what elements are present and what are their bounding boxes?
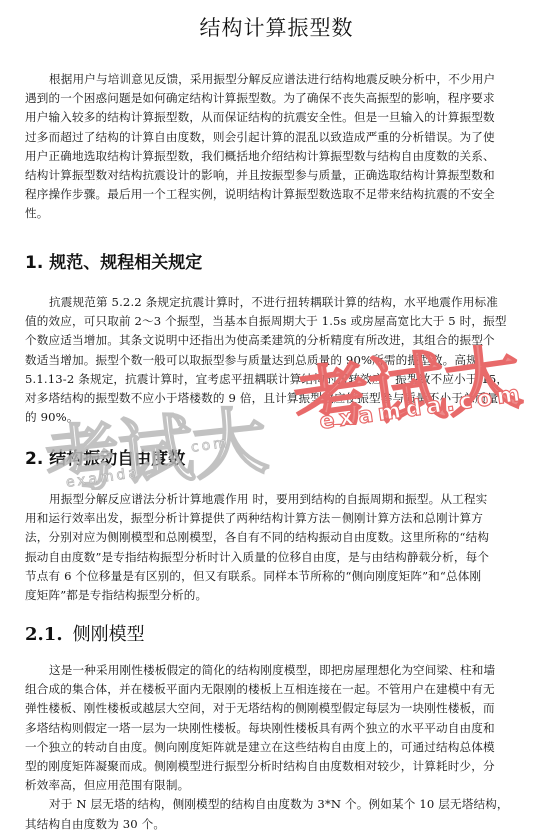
section-2-1-heading: 2.1.侧刚模型 bbox=[25, 623, 145, 647]
section-number: 2.1. bbox=[25, 624, 63, 645]
text-line: 数适当增加。振型个数一般可以取振型参与质量达到总质量的 90%所需的振型数。高规 bbox=[25, 351, 531, 370]
section-1-paragraph: 抗震规范第 5.2.2 条规定抗震计算时，不进行扭转耦联计算的结构，水平地震作用… bbox=[25, 293, 531, 427]
text-line: 型的刚度矩阵凝聚而成。侧刚模型进行振型分析时结构自由度数相对较少，计算耗时少，分 bbox=[25, 757, 531, 776]
text-line: 弹性楼板、刚性楼板或越层大空间，对于无塔结构的侧刚模型假定每层为一块刚性楼板，而 bbox=[25, 699, 531, 718]
text-line: 个数应适当增加。其条文说明中还指出为使高柔建筑的分析精度有所改进，其组合的振型个 bbox=[25, 331, 531, 350]
text-line: 用户正确地选取结构计算振型数，我们概括地介绍结构计算振型数与结构自由度数的关系、 bbox=[25, 147, 531, 166]
section-2-paragraph: 用振型分解反应谱法分析计算地震作用 时，要用到结构的自振周期和振型。从工程实 用… bbox=[25, 490, 531, 605]
text-line: 对多塔结构的振型数不应小于塔楼数的 9 倍，且计算振型数应使振型参与质量不小于总… bbox=[25, 389, 531, 408]
section-2-1-paragraph-1: 这是一种采用刚性楼板假定的简化的结构刚度模型，即把房屋理想化为空间梁、柱和墙 组… bbox=[25, 661, 531, 832]
section-2-heading: 2. 结构振动自由度数 bbox=[25, 448, 185, 470]
text-line: 组合成的集合体，并在楼板平面内无限刚的楼板上互相连接在一起。不管用户在建模中有无 bbox=[25, 680, 531, 699]
text-line: 其结构自由度数为 30 个。 bbox=[25, 815, 531, 832]
text-line: 5.1.13-2 条规定，抗震计算时，宜考虑平扭耦联计算结构的扭转效应，振型数不… bbox=[25, 370, 531, 389]
text-line: 用振型分解反应谱法分析计算地震作用 时，要用到结构的自振周期和振型。从工程实 bbox=[25, 490, 531, 509]
text-line: 性。 bbox=[25, 204, 531, 223]
text-line: 振动自由度数”是专指结构振型分析时计入质量的位移自由度，是与由结构静载分析，每个 bbox=[25, 548, 531, 567]
text-line: 的 90%。 bbox=[25, 408, 531, 427]
section-1-heading: 1. 规范、规程相关规定 bbox=[25, 252, 202, 274]
text-line: 法，分别对应为侧刚模型和总刚模型，各自有不同的结构振动自由度数。这里所称的“结构 bbox=[25, 528, 531, 547]
section-title: 侧刚模型 bbox=[73, 624, 145, 645]
watermark-url-gray-suffix: com bbox=[190, 435, 231, 456]
text-line: 对于 N 层无塔的结构，侧刚模型的结构自由度数为 3*N 个。例如某个 10 层… bbox=[25, 795, 531, 814]
text-line: 程序操作步骤。最后用一个工程实例，说明结构计算振型数选取不足带来结构抗震的不安全 bbox=[25, 185, 531, 204]
text-line: 遇到的一个困惑问题是如何确定结构计算振型数。为了确保不丧失高振型的影响，程序要求 bbox=[25, 89, 531, 108]
text-line: 析效率高，但应用范围有限制。 bbox=[25, 776, 531, 795]
document-page: 结构计算振型数 根据用户与培训意见反馈，采用振型分解反应谱法进行结构地震反映分析… bbox=[0, 0, 553, 832]
intro-paragraph: 根据用户与培训意见反馈，采用振型分解反应谱法进行结构地震反映分析中，不少用户 遇… bbox=[25, 70, 531, 224]
text-line: 这是一种采用刚性楼板假定的简化的结构刚度模型，即把房屋理想化为空间梁、柱和墙 bbox=[25, 661, 531, 680]
text-line: 根据用户与培训意见反馈，采用振型分解反应谱法进行结构地震反映分析中，不少用户 bbox=[25, 70, 531, 89]
text-line: 过多而超过了结构的计算自由度数，则会引起计算的混乱以致造成严重的分析错误。为了使 bbox=[25, 128, 531, 147]
text-line: 节点有 6 个位移量是有区别的，但又有联系。同样本节所称的“侧向刚度矩阵”和“总… bbox=[25, 567, 531, 586]
text-line: 多塔结构则假定一塔一层为一块刚性楼板。每块刚性楼板具有两个独立的水平平动自由度和 bbox=[25, 719, 531, 738]
text-line: 结构计算振型数对结构抗震设计的影响，并且按振型参与质量，正确选取结构计算振型数和 bbox=[25, 166, 531, 185]
text-line: 一个独立的转动自由度。侧向刚度矩阵就是建立在这些结构自由度上的，可通过结构总体模 bbox=[25, 738, 531, 757]
text-line: 抗震规范第 5.2.2 条规定抗震计算时，不进行扭转耦联计算的结构，水平地震作用… bbox=[25, 293, 531, 312]
text-line: 值的效应，可只取前 2～3 个振型，当基本自振周期大于 1.5s 或房屋高宽比大… bbox=[25, 312, 531, 331]
document-title: 结构计算振型数 bbox=[0, 14, 553, 42]
text-line: 度矩阵”都是专指结构振型分析的。 bbox=[25, 586, 531, 605]
text-line: 用户输入较多的结构计算振型数，从而保证结构的抗震安全性。但是一旦输入的计算振型数 bbox=[25, 108, 531, 127]
text-line: 用和运行效率出发，振型分析计算提供了两种结构计算方法－侧刚计算方法和总刚计算方 bbox=[25, 509, 531, 528]
